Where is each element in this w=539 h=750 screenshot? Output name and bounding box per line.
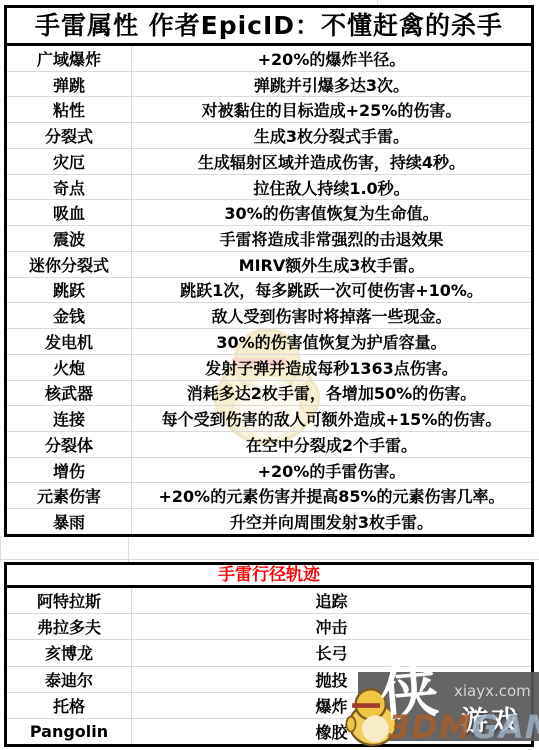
attr-desc: 敌人受到伤害时将掉落一些现金。 — [132, 303, 531, 328]
table-row: 灾厄生成辐射区域并造成伤害，持续4秒。 — [7, 148, 531, 174]
attr-name: 核武器 — [7, 381, 132, 406]
table-row: 火炮发射子弹并造成每秒1363点伤害。 — [7, 354, 531, 380]
attr-desc: +20%的爆炸半径。 — [132, 46, 531, 71]
attr-desc: 升空并向周围发射3枚手雷。 — [132, 509, 531, 534]
table-row: 分裂体在空中分裂成2个手雷。 — [7, 431, 531, 457]
manufacturer-name: 阿特拉斯 — [7, 588, 132, 613]
table-row: 广域爆炸+20%的爆炸半径。 — [7, 46, 531, 71]
attr-name: 分裂体 — [7, 432, 132, 457]
table-row: 泰迪尔抛投 — [7, 666, 531, 692]
table-row: Pangolin橡胶 — [7, 718, 531, 744]
manufacturer-name: 弗拉多夫 — [7, 614, 132, 639]
attr-desc: 弹跳并引爆多达3次。 — [132, 72, 531, 97]
attr-name: 跳跃 — [7, 278, 132, 303]
attr-name: 粘性 — [7, 97, 132, 122]
attr-name: 增伤 — [7, 458, 132, 483]
attr-desc: MIRV额外生成3枚手雷。 — [132, 252, 531, 277]
table-row: 阿特拉斯追踪 — [7, 588, 531, 613]
gridline — [0, 537, 1, 562]
attr-desc: 发射子弹并造成每秒1363点伤害。 — [132, 355, 531, 380]
table-row: 吸血30%的伤害值恢复为生命值。 — [7, 199, 531, 225]
attr-name: 吸血 — [7, 200, 132, 225]
manufacturer-name: Pangolin — [7, 719, 132, 744]
manufacturer-name: 泰迪尔 — [7, 667, 132, 692]
table-row: 暴雨升空并向周围发射3枚手雷。 — [7, 508, 531, 534]
attr-name: 弹跳 — [7, 72, 132, 97]
attr-desc: 拉住敌人持续1.0秒。 — [132, 175, 531, 200]
grenade-attributes-table: 手雷属性 作者EpicID：不懂赶禽的杀手 广域爆炸+20%的爆炸半径。 弹跳弹… — [4, 5, 534, 537]
attr-name: 金钱 — [7, 303, 132, 328]
spreadsheet-screenshot: { "page": { "background": "#ffffff" }, "… — [0, 0, 539, 750]
table-row: 迷你分裂式MIRV额外生成3枚手雷。 — [7, 251, 531, 277]
table-row: 托格爆炸 — [7, 692, 531, 718]
attr-desc: +20%的元素伤害并提高85%的元素伤害几率。 — [132, 483, 531, 508]
attr-name: 连接 — [7, 406, 132, 431]
trajectory-value: 橡胶 — [132, 719, 531, 744]
attr-name: 广域爆炸 — [7, 46, 132, 71]
gridline — [128, 537, 129, 562]
table-row: 增伤+20%的手雷伤害。 — [7, 457, 531, 483]
table-row: 跳跃跳跃1次，每多跳跃一次可使伤害+10%。 — [7, 277, 531, 303]
trajectory-value: 长弓 — [132, 640, 531, 665]
table-row: 发电机30%的伤害值恢复为护盾容量。 — [7, 328, 531, 354]
manufacturer-name: 托格 — [7, 693, 132, 718]
table-row: 弗拉多夫冲击 — [7, 613, 531, 639]
attr-desc: +20%的手雷伤害。 — [132, 458, 531, 483]
attr-name: 暴雨 — [7, 509, 132, 534]
attr-name: 元素伤害 — [7, 483, 132, 508]
table-row: 弹跳弹跳并引爆多达3次。 — [7, 71, 531, 97]
trajectory-value: 爆炸 — [132, 693, 531, 718]
attr-desc: 生成3枚分裂式手雷。 — [132, 123, 531, 148]
table-title: 手雷属性 作者EpicID：不懂赶禽的杀手 — [7, 8, 531, 46]
table-row: 亥博龙长弓 — [7, 639, 531, 665]
table-row: 核武器消耗多达2枚手雷，各增加50%的伤害。 — [7, 380, 531, 406]
table-row: 连接每个受到伤害的敌人可额外造成+15%的伤害。 — [7, 405, 531, 431]
table-header: 手雷行径轨迹 — [7, 565, 531, 588]
attr-desc: 手雷将造成非常强烈的击退效果 — [132, 226, 531, 251]
table-row: 震波手雷将造成非常强烈的击退效果 — [7, 225, 531, 251]
attr-name: 迷你分裂式 — [7, 252, 132, 277]
table-body: 阿特拉斯追踪 弗拉多夫冲击 亥博龙长弓 泰迪尔抛投 托格爆炸 Pangolin橡… — [7, 588, 531, 744]
trajectory-value: 冲击 — [132, 614, 531, 639]
attr-desc: 在空中分裂成2个手雷。 — [132, 432, 531, 457]
manufacturer-name: 亥博龙 — [7, 640, 132, 665]
attr-desc: 生成辐射区域并造成伤害，持续4秒。 — [132, 149, 531, 174]
table-row: 奇点拉住敌人持续1.0秒。 — [7, 174, 531, 200]
table-row: 粘性对被黏住的目标造成+25%的伤害。 — [7, 96, 531, 122]
attr-desc: 每个受到伤害的敌人可额外造成+15%的伤害。 — [132, 406, 531, 431]
table-row: 金钱敌人受到伤害时将掉落一些现金。 — [7, 302, 531, 328]
attr-name: 发电机 — [7, 329, 132, 354]
trajectory-value: 追踪 — [132, 588, 531, 613]
attr-name: 分裂式 — [7, 123, 132, 148]
attr-name: 灾厄 — [7, 149, 132, 174]
table-body: 广域爆炸+20%的爆炸半径。 弹跳弹跳并引爆多达3次。 粘性对被黏住的目标造成+… — [7, 46, 531, 534]
attr-desc: 对被黏住的目标造成+25%的伤害。 — [132, 97, 531, 122]
attr-desc: 跳跃1次，每多跳跃一次可使伤害+10%。 — [132, 278, 531, 303]
gridline — [0, 559, 539, 560]
trajectory-value: 抛投 — [132, 667, 531, 692]
attr-desc: 30%的伤害值恢复为生命值。 — [132, 200, 531, 225]
attr-name: 震波 — [7, 226, 132, 251]
attr-name: 奇点 — [7, 175, 132, 200]
attr-name: 火炮 — [7, 355, 132, 380]
grenade-trajectory-table: 手雷行径轨迹 阿特拉斯追踪 弗拉多夫冲击 亥博龙长弓 泰迪尔抛投 托格爆炸 Pa… — [4, 562, 534, 747]
table-row: 分裂式生成3枚分裂式手雷。 — [7, 122, 531, 148]
attr-desc: 消耗多达2枚手雷，各增加50%的伤害。 — [132, 381, 531, 406]
attr-desc: 30%的伤害值恢复为护盾容量。 — [132, 329, 531, 354]
table-row: 元素伤害+20%的元素伤害并提高85%的元素伤害几率。 — [7, 482, 531, 508]
